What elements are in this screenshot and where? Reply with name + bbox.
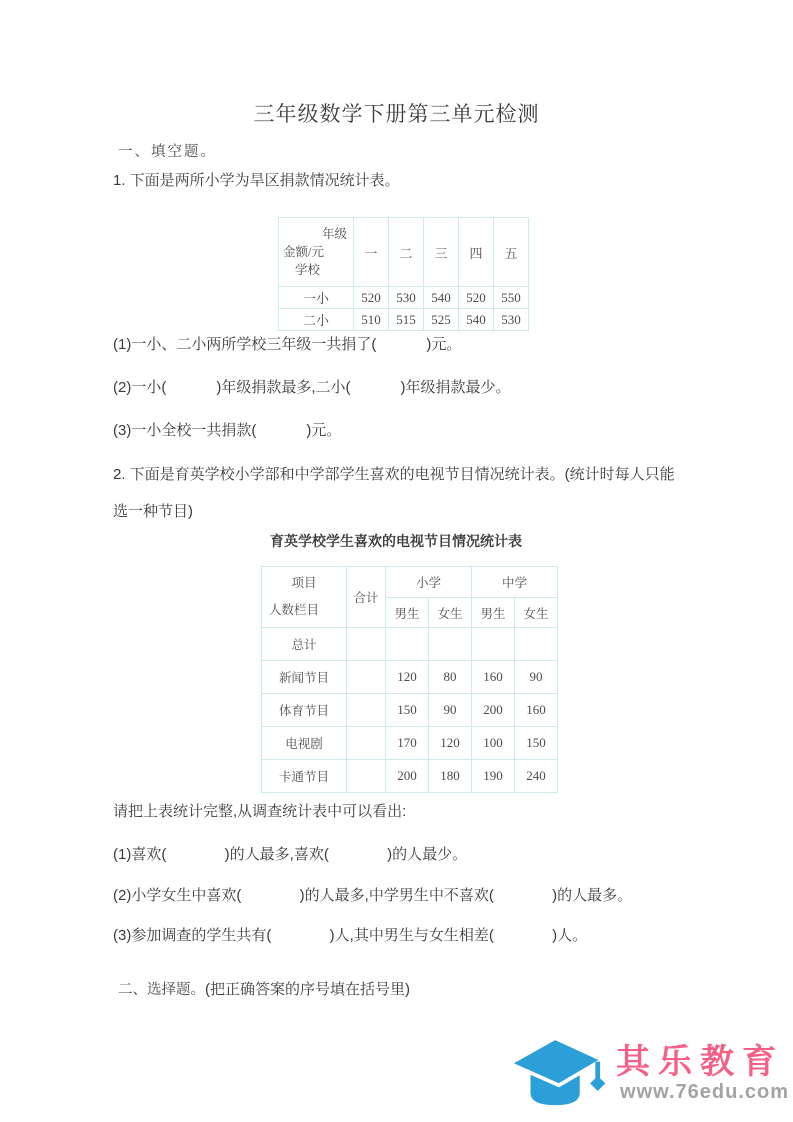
header-cell: 三 (424, 218, 459, 287)
data-cell (347, 694, 386, 727)
page-title: 三年级数学下册第三单元检测 (0, 98, 793, 128)
diagonal-header-cell: 年级 金额/元 学校 (279, 218, 354, 287)
data-cell: 190 (472, 760, 515, 793)
brand-name: 其乐教育 (616, 1043, 784, 1081)
logo-text-block: 其乐教育 www.76edu.com (616, 1043, 789, 1103)
data-cell: 90 (429, 694, 472, 727)
data-cell: 520 (459, 287, 494, 309)
row-label: 电视剧 (262, 727, 347, 760)
header-cell: 一 (354, 218, 389, 287)
data-cell: 150 (515, 727, 558, 760)
data-cell: 510 (354, 309, 389, 331)
data-cell: 550 (494, 287, 529, 309)
donation-stats-table: 年级 金额/元 学校 一 二 三 四 五 一小 520 530 540 520 … (278, 217, 529, 331)
worksheet-page: 三年级数学下册第三单元检测 一、填空题。 1. 下面是两所小学为旱区捐款情况统计… (0, 0, 793, 1122)
data-cell: 200 (472, 694, 515, 727)
section-one-heading: 一、填空题。 (118, 140, 217, 161)
site-logo: 其乐教育 www.76edu.com (504, 1032, 789, 1114)
data-cell (472, 628, 515, 661)
header-cell: 五 (494, 218, 529, 287)
corner-label-grade: 年级 (283, 225, 349, 243)
header-cell: 四 (459, 218, 494, 287)
data-cell (429, 628, 472, 661)
data-cell: 120 (429, 727, 472, 760)
fill-blank-line: (2)一小( )年级捐款最多,二小( )年级捐款最少。 (113, 377, 511, 398)
table-header-row: 年级 金额/元 学校 一 二 三 四 五 (279, 218, 529, 287)
table-row: 卡通节目 200 180 190 240 (262, 760, 558, 793)
data-cell: 90 (515, 661, 558, 694)
data-cell (347, 628, 386, 661)
fill-blank-line: (3)参加调查的学生共有( )人,其中男生与女生相差( )人。 (113, 925, 587, 946)
table-header-row: 项目 人数栏目 合计 小学 中学 (262, 567, 558, 598)
table-row: 体育节目 150 90 200 160 (262, 694, 558, 727)
question2-prompt: 2. 下面是育英学校小学部和中学部学生喜欢的电视节目情况统计表。(统计时每人只能… (113, 456, 679, 530)
data-cell: 150 (386, 694, 429, 727)
data-cell: 200 (386, 760, 429, 793)
table-row: 新闻节目 120 80 160 90 (262, 661, 558, 694)
row-label: 新闻节目 (262, 661, 347, 694)
data-cell (347, 727, 386, 760)
subheader-cell: 男生 (386, 598, 429, 628)
data-cell: 520 (354, 287, 389, 309)
data-cell: 540 (459, 309, 494, 331)
data-cell (347, 760, 386, 793)
data-cell: 240 (515, 760, 558, 793)
fill-blank-line: (2)小学女生中喜欢( )的人最多,中学男生中不喜欢( )的人最多。 (113, 885, 632, 906)
data-cell: 530 (389, 287, 424, 309)
subheader-cell: 女生 (515, 598, 558, 628)
data-cell: 160 (472, 661, 515, 694)
data-cell: 100 (472, 727, 515, 760)
fill-blank-line: (1)一小、二小两所学校三年级一共捐了( )元。 (113, 334, 461, 355)
table-row: 总计 (262, 628, 558, 661)
tv-table-title: 育英学校学生喜欢的电视节目情况统计表 (113, 531, 679, 551)
data-cell: 515 (389, 309, 424, 331)
section-two-heading: 二、选择题。(把正确答案的序号填在括号里) (118, 978, 410, 999)
data-cell: 540 (424, 287, 459, 309)
row-label: 总计 (262, 628, 347, 661)
tv-program-stats-table: 项目 人数栏目 合计 小学 中学 男生 女生 男生 女生 总计 (261, 566, 558, 793)
subheader-cell: 女生 (429, 598, 472, 628)
fill-blank-line: (3)一小全校一共捐款( )元。 (113, 420, 341, 441)
data-cell: 120 (386, 661, 429, 694)
section-two-heading-main: 二、选择题。 (118, 982, 205, 998)
table-row: 电视剧 170 120 100 150 (262, 727, 558, 760)
corner-label-item: 项目 (267, 573, 341, 592)
data-cell: 160 (515, 694, 558, 727)
subheader-cell: 男生 (472, 598, 515, 628)
diagonal-header-cell: 项目 人数栏目 (262, 567, 347, 628)
data-cell: 80 (429, 661, 472, 694)
table-row: 一小 520 530 540 520 550 (279, 287, 529, 309)
fill-blank-line: (1)喜欢( )的人最多,喜欢( )的人最少。 (113, 844, 467, 865)
row-label: 体育节目 (262, 694, 347, 727)
corner-label-amount: 金额/元 (283, 243, 349, 261)
data-cell: 525 (424, 309, 459, 331)
section-two-heading-note: (把正确答案的序号填在括号里) (205, 981, 410, 998)
data-cell: 530 (494, 309, 529, 331)
brand-url: www.76edu.com (616, 1081, 789, 1103)
data-cell (386, 628, 429, 661)
group-header-primary-school: 小学 (386, 567, 472, 598)
graduation-cap-icon (504, 1032, 610, 1114)
total-header-cell: 合计 (347, 567, 386, 628)
data-cell: 170 (386, 727, 429, 760)
question1-prompt: 1. 下面是两所小学为旱区捐款情况统计表。 (113, 170, 400, 191)
table-instruction-note: 请把上表统计完整,从调查统计表中可以看出: (113, 801, 406, 822)
corner-label-school: 学校 (283, 261, 349, 279)
data-cell (515, 628, 558, 661)
data-cell: 180 (429, 760, 472, 793)
corner-label-count: 人数栏目 (267, 592, 341, 621)
row-label: 二小 (279, 309, 354, 331)
header-cell: 二 (389, 218, 424, 287)
table-row: 二小 510 515 525 540 530 (279, 309, 529, 331)
group-header-middle-school: 中学 (472, 567, 558, 598)
row-label: 卡通节目 (262, 760, 347, 793)
row-label: 一小 (279, 287, 354, 309)
data-cell (347, 661, 386, 694)
